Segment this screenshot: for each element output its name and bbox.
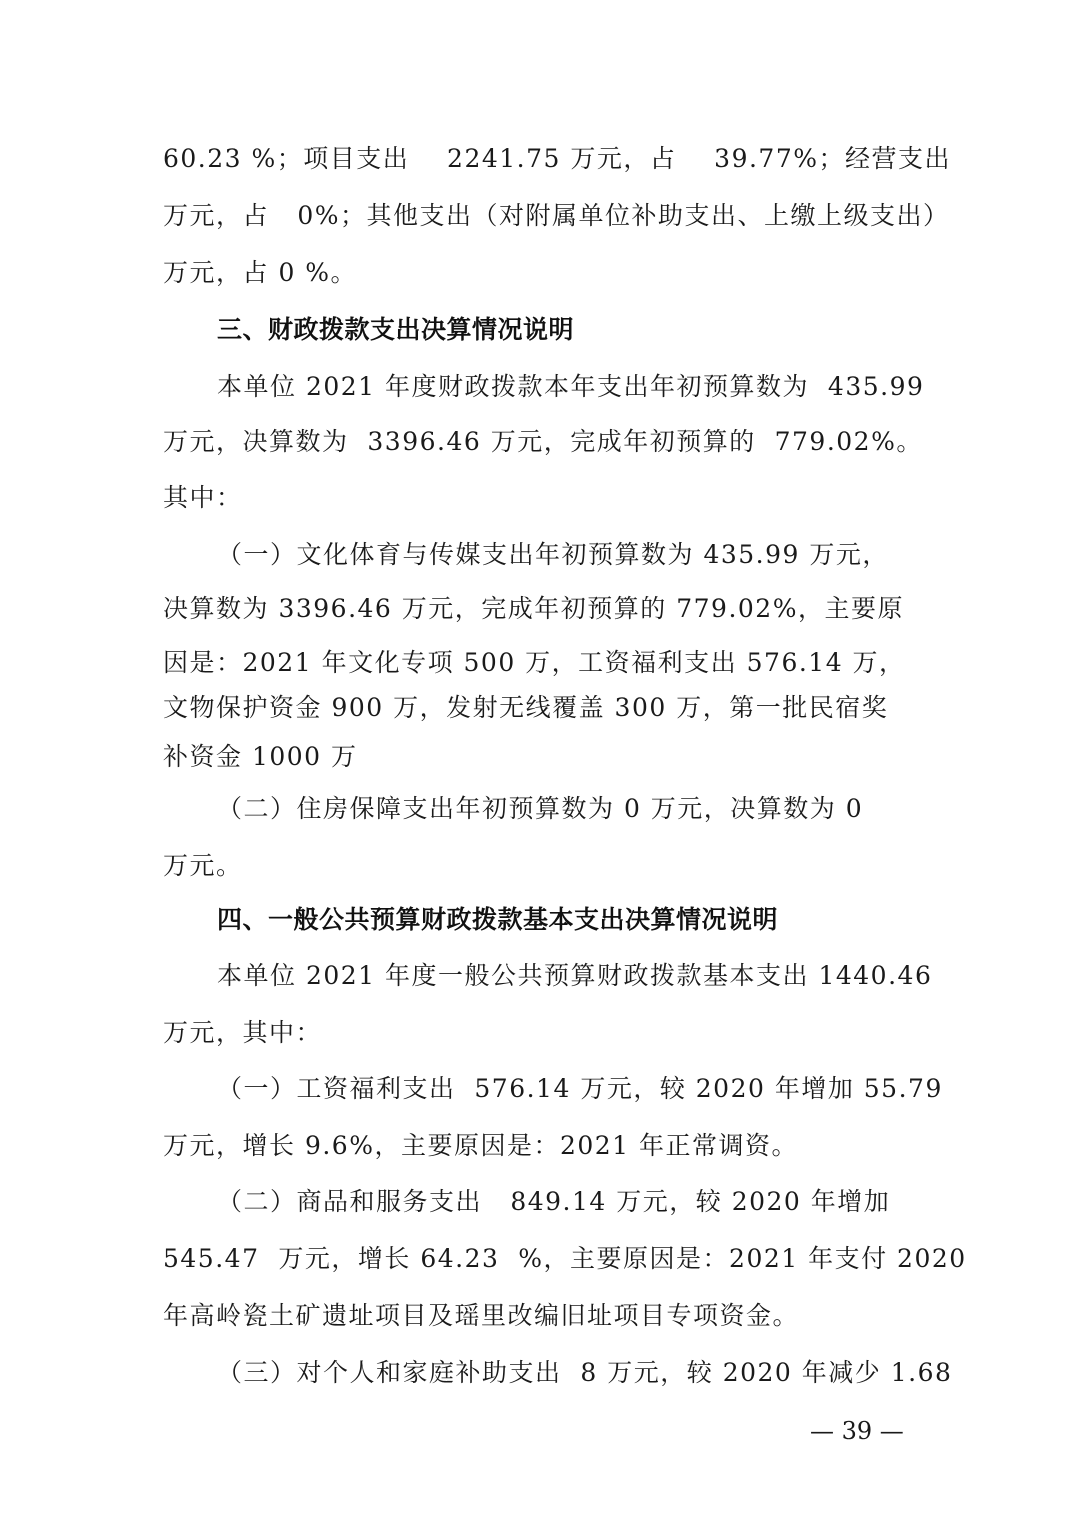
body-text-line: 万元，其中： xyxy=(163,1016,913,1050)
body-text-line: 文物保护资金 900 万，发射无线覆盖 300 万，第一批民宿奖 xyxy=(163,691,913,725)
page-number: — 39 — xyxy=(810,1416,904,1446)
body-text-line: 其中： xyxy=(163,481,913,515)
body-text-line: （三）对个人和家庭补助支出 8 万元，较 2020 年减少 1.68 xyxy=(217,1356,967,1390)
section-heading-4: 四、一般公共预算财政拨款基本支出决算情况说明 xyxy=(217,903,967,937)
section-heading-3: 三、财政拨款支出决算情况说明 xyxy=(217,313,967,347)
body-text-line: 补资金 1000 万 xyxy=(163,740,913,774)
body-text-line: （二）住房保障支出年初预算数为 0 万元，决算数为 0 xyxy=(217,792,967,826)
body-text-line: 万元。 xyxy=(163,849,913,883)
body-text-line: 本单位 2021 年度一般公共预算财政拨款基本支出 1440.46 xyxy=(217,959,967,993)
body-text-line: 本单位 2021 年度财政拨款本年支出年初预算数为 435.99 xyxy=(217,370,967,404)
body-text-line: 万元，增长 9.6%，主要原因是：2021 年正常调资。 xyxy=(163,1129,913,1163)
body-text-line: 60.23 %；项目支出 2241.75 万元，占 39.77%；经营支出 xyxy=(163,142,913,176)
body-text-line: （一）工资福利支出 576.14 万元，较 2020 年增加 55.79 xyxy=(217,1072,967,1106)
body-text-line: 年高岭瓷土矿遗址项目及瑶里改编旧址项目专项资金。 xyxy=(163,1299,913,1333)
body-text-line: 万元，占 0 %。 xyxy=(163,256,913,290)
body-text-line: 决算数为 3396.46 万元，完成年初预算的 779.02%，主要原 xyxy=(163,592,913,626)
body-text-line: （二）商品和服务支出 849.14 万元，较 2020 年增加 xyxy=(217,1185,967,1219)
body-text-line: 545.47 万元，增长 64.23 %，主要原因是：2021 年支付 2020 xyxy=(163,1242,913,1276)
body-text-line: 万元，占 0%；其他支出（对附属单位补助支出、上缴上级支出） xyxy=(163,199,913,233)
document-page: 60.23 %；项目支出 2241.75 万元，占 39.77%；经营支出 万元… xyxy=(0,0,1074,1520)
body-text-line: 万元，决算数为 3396.46 万元，完成年初预算的 779.02%。 xyxy=(163,425,913,459)
body-text-line: （一）文化体育与传媒支出年初预算数为 435.99 万元， xyxy=(217,538,967,572)
body-text-line: 因是：2021 年文化专项 500 万，工资福利支出 576.14 万， xyxy=(163,646,913,680)
